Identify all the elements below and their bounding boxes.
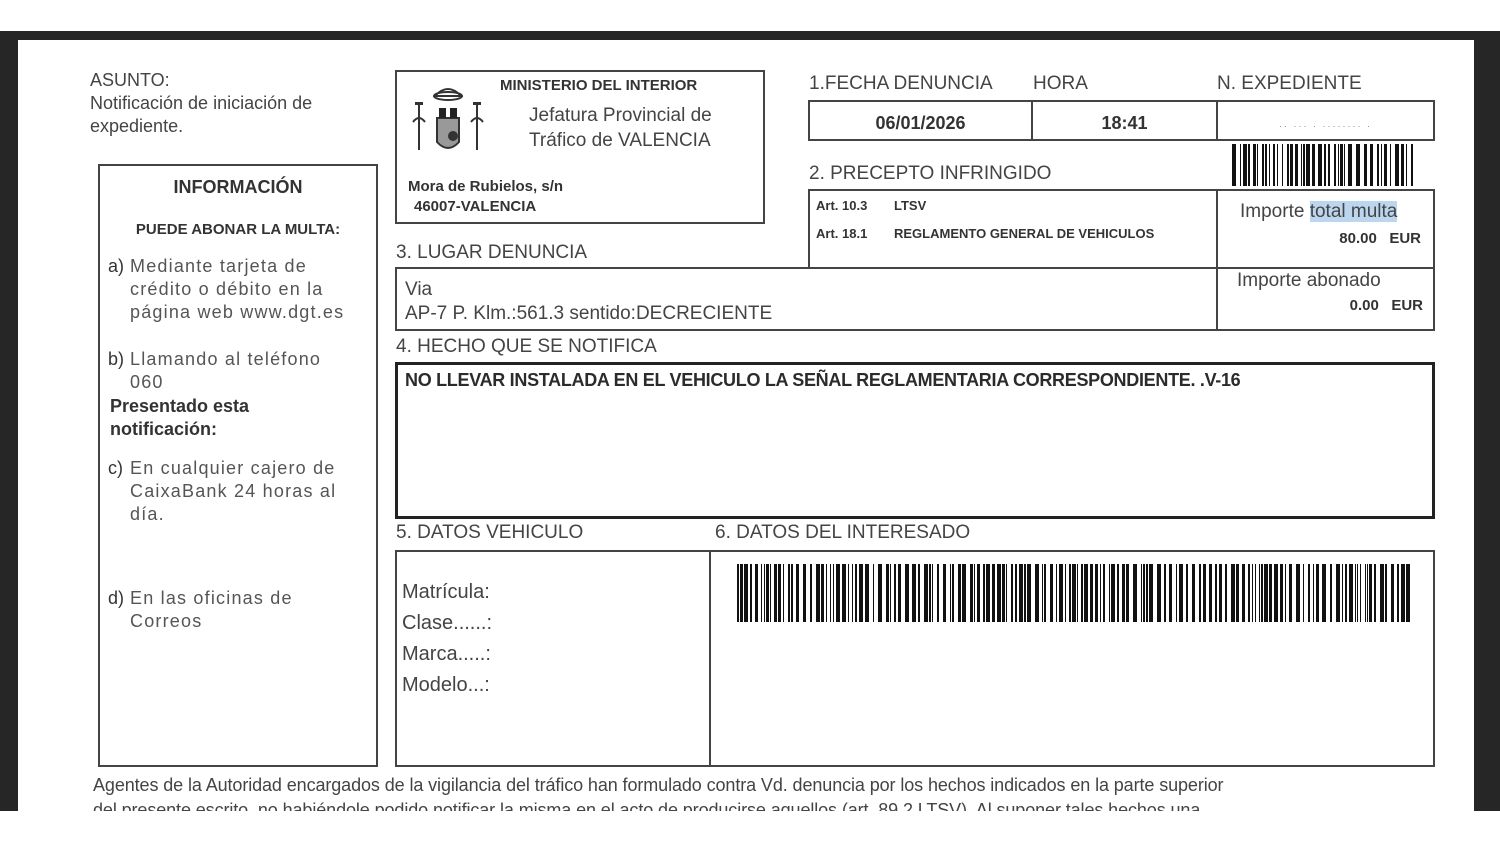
currency: EUR	[1391, 297, 1423, 314]
option-key: b)	[108, 348, 130, 394]
hecho-text: NO LLEVAR INSTALADA EN EL VEHICULO LA SE…	[405, 370, 1240, 391]
divider	[1216, 191, 1218, 267]
importe-total-amount: 80.00	[1339, 230, 1377, 247]
expediente-label: N. EXPEDIENTE	[1217, 73, 1362, 95]
asunto-line2: expediente.	[90, 115, 312, 138]
asunto-line1: Notificación de iniciación de	[90, 92, 312, 115]
importe-abonado-label: Importe abonado	[1237, 270, 1381, 292]
fecha-value: 06/01/2026	[810, 113, 1031, 134]
direccion-line1: Mora de Rubielos, s/n	[408, 178, 563, 195]
hecho-box: NO LLEVAR INSTALADA EN EL VEHICULO LA SE…	[395, 362, 1435, 519]
ministerio-label: MINISTERIO DEL INTERIOR	[500, 77, 697, 94]
option-key: a)	[108, 255, 130, 324]
fecha-denuncia-label: 1.FECHA DENUNCIA	[809, 73, 993, 95]
note-line1: Presentado esta	[110, 395, 249, 418]
footer-line1: Agentes de la Autoridad encargados de la…	[93, 775, 1223, 796]
option-line: crédito o débito en la	[130, 278, 356, 301]
option-key: d)	[108, 587, 130, 633]
option-line: 060	[130, 371, 356, 394]
option-line: Mediante tarjeta de	[130, 255, 356, 278]
hora-label: HORA	[1033, 73, 1088, 95]
viewer-frame-right	[1474, 31, 1500, 811]
note-line2: notificación:	[110, 418, 249, 441]
precepto-table: Art. 10.3 LTSV Art. 18.1 REGLAMENTO GENE…	[808, 189, 1435, 269]
document-page: ASUNTO: Notificación de iniciación de ex…	[18, 40, 1474, 811]
information-subtitle: PUEDE ABONAR LA MULTA:	[100, 221, 376, 238]
modelo-label: Modelo...:	[402, 670, 492, 701]
hora-value: 18:41	[1033, 113, 1216, 134]
clase-label: Clase......:	[402, 608, 492, 639]
marca-label: Marca.....:	[402, 639, 492, 670]
divider	[709, 552, 711, 765]
option-line: CaixaBank 24 horas al	[130, 480, 356, 503]
viewer-frame-left	[0, 31, 18, 811]
jefatura-line1: Jefatura Provincial de	[529, 105, 712, 127]
importe-abonado-value: 0.00 EUR	[1218, 297, 1423, 314]
presentation-note: Presentado esta notificación:	[110, 395, 249, 441]
expediente-barcode	[1232, 144, 1418, 186]
importe-total-label: Importe total multa	[1240, 201, 1397, 223]
coat-of-arms-spain-icon	[409, 78, 487, 158]
importe-total-value: 80.00 EUR	[1218, 230, 1421, 247]
payment-option-b: b) Llamando al teléfono 060	[108, 348, 356, 394]
hecho-label: 4. HECHO QUE SE NOTIFICA	[396, 336, 657, 358]
option-line: En las oficinas de	[130, 587, 356, 610]
datos-vehiculo-label: 5. DATOS VEHICULO	[396, 522, 583, 544]
direccion-line2: 46007-VALENCIA	[414, 198, 536, 215]
jefatura-line2: Tráfico de VALENCIA	[529, 130, 711, 152]
importe-label-part: Importe	[1240, 201, 1310, 222]
footer-line2: del presente escrito, no habiéndole podi…	[93, 800, 1200, 811]
asunto-label: ASUNTO:	[90, 69, 312, 92]
lugar-table: Via AP-7 P. Klm.:561.3 sentido:DECRECIEN…	[395, 267, 1435, 331]
expediente-value: ·· ··· · ········ ·	[1218, 121, 1433, 131]
interesado-barcode	[737, 564, 1413, 622]
norma-2: REGLAMENTO GENERAL DE VEHICULOS	[894, 226, 1154, 241]
date-time-table: 06/01/2026 18:41 ·· ··· · ········ ·	[808, 100, 1435, 141]
norma-1: LTSV	[894, 198, 926, 213]
payment-option-a: a) Mediante tarjeta de crédito o débito …	[108, 255, 356, 324]
information-title: INFORMACIÓN	[100, 177, 376, 198]
lugar-denuncia-label: 3. LUGAR DENUNCIA	[396, 242, 587, 264]
payment-option-c: c) En cualquier cajero de CaixaBank 24 h…	[108, 457, 356, 526]
issuer-box: MINISTERIO DEL INTERIOR Jefatura Provinc…	[395, 70, 765, 224]
option-line: Correos	[130, 610, 356, 633]
information-box: INFORMACIÓN PUEDE ABONAR LA MULTA: a) Me…	[98, 164, 378, 767]
option-key: c)	[108, 457, 130, 526]
option-line: día.	[130, 503, 356, 526]
option-line: página web www.dgt.es	[130, 301, 356, 324]
datos-interesado-label: 6. DATOS DEL INTERESADO	[715, 522, 970, 544]
asunto-block: ASUNTO: Notificación de iniciación de ex…	[90, 69, 312, 138]
matricula-label: Matrícula:	[402, 577, 492, 608]
selected-text[interactable]: total multa	[1310, 201, 1398, 222]
currency: EUR	[1389, 230, 1421, 247]
via-label: Via	[405, 279, 432, 301]
vehicle-holder-table: Matrícula: Clase......: Marca.....: Mode…	[395, 550, 1435, 767]
option-line: Llamando al teléfono	[130, 348, 356, 371]
option-line: En cualquier cajero de	[130, 457, 356, 480]
precepto-label: 2. PRECEPTO INFRINGIDO	[809, 163, 1051, 185]
payment-option-d: d) En las oficinas de Correos	[108, 587, 356, 633]
articulo-2: Art. 18.1	[816, 226, 867, 241]
vehicle-fields: Matrícula: Clase......: Marca.....: Mode…	[402, 577, 492, 701]
articulo-1: Art. 10.3	[816, 198, 867, 213]
via-value: AP-7 P. Klm.:561.3 sentido:DECRECIENTE	[405, 303, 772, 325]
viewer-frame-top	[0, 31, 1500, 40]
importe-abonado-amount: 0.00	[1350, 297, 1379, 314]
